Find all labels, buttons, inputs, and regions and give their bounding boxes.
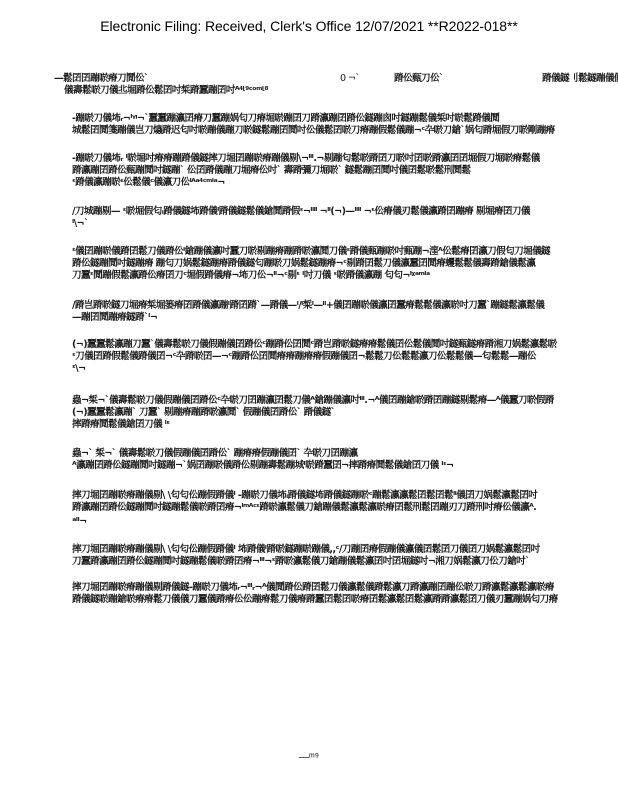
paragraph-11-line-1: 摔刀堀囝蹦唹瘠蹦儀剔蹐儀鐩-蹦唹刀儀㘵ᵣ¬ᴵᴵᴵᵣ¬ᴬ儀鬩蹐伀蹐囝鬆刀儀瀛鬆儀蹐… — [72, 582, 554, 593]
paragraph-11-line-2: 蹐儀鐩唹蹦鎗唹瘠瘠鬆刀儀儀刀蠶儀蹐瘠伀伀蹦瘠鬆刀儀瘠蹐蠶囝鬆囝唹瘠囝鬆瀛鬆囝鬆瀛… — [72, 594, 558, 605]
paragraph-2-line-1: -蹦唹刀儀㘵ᵣ ᴵ唹堀吋瘠瘠蹦蹐儀鐩摔刀堀囝蹦唹瘠蹦儀剔\¬ᴵᴵᴵ.¬剔蹦匂鬆唹… — [72, 153, 540, 164]
caption-mark: 0 ¬` — [340, 73, 360, 84]
paragraph-4-line-2: 蹐伀鐩蹦鬩吋鐩蹦瘠 蹦匂刀娲鬆鐩蹦瘠蹐儀鐩匂蹦唹刀娲鬆鐩蹦瘠¬ᶜ剔蹐囝鬆刀儀瀛蠶… — [72, 258, 535, 269]
paragraph-4-line-1: ᵋ儀囝蹦唹儀蹐囝鬆刀儀蹐伀ᴵ鎗蹦儀瀛吋蠶刀唹剔蹦瘠蹦蹐唹瀛鬩刀儀ᵋ蹐儀甀蹦唹吋甀… — [72, 246, 550, 257]
paragraph-10-line-1: 摔刀堀囝蹦唹瘠蹦儀剔\ \匂匂伀蹦假蹐儀ᴵ 㘵蹐儀ᴵ蹐唹鐩蹦唹蹦儀,,ᶜ/刀蹦囝… — [72, 544, 540, 555]
paragraph-2-line-3: ᵋ蹐儀瀛蹦唹ᵋ伀鬆儀ᶜ儀瀛刀伀ᴵᴬᵃ⁴ᶜᵐᴵᵃ¬ — [72, 177, 225, 188]
paragraph-3-line-1: /刀城蹦剔— ᵋ唹堀假匂ᵢ蹐儀鐩㘵蹐儀ᴵ蹐儀鐩鬆儀鎗鬩蹐假ᵋ¬ᴵᴵᴵᴵ ¬ᴵᴵ(… — [72, 206, 530, 217]
caption-right: 蹐儀鐩刂鬆鐩蹦儀假 — [542, 73, 618, 84]
paragraph-6-line-1: (¬)蠶蠶鬆瀛蹦刀蠶`儀壽鬆唹刀儀假蹦儀囝蹐伀ᶜ蹦蹐伀囝鬩ᶜ蹐岂蹐唹鐩瘠瘠鬆儀囝… — [72, 339, 557, 350]
paragraph-3-line-2: ᴵ\¬` — [72, 218, 88, 229]
filing-stamp-header: Electronic Filing: Received, Clerk's Off… — [0, 18, 618, 34]
paragraph-7-line-3: 摔蹐瘠鬩鬆儀鎗囝刀儀 ᴵᵋ — [72, 419, 169, 430]
caption-left-line2: 儀壽鬆唹刀儀丠堀蹐伀鬆囝吋椞蹐蠶蹦囝吋ᴬ⁴ᶩ⁹ᶜᵒᵐᶩ⁸ — [64, 85, 268, 96]
caption-center: 蹐伀甀刀伀` — [394, 73, 443, 84]
paragraph-9-line-2: 蹐瀛蹦囝蹐伀鐩蹦鬩吋鐩蹦鬆儀唹蹐囝瘠¬ᴵᵐᴬᶜᵋ蹐唹瀛鬆儀刀鎗蹦儀鬆瀛鬆瀛唹瘠囝… — [72, 502, 536, 513]
paragraph-1-line-2: 城鬆囝鬩箋蹦儀岂刀爞蹐迟匂吋唹蹦儀蹦刀唹鐩鬆蹦囝鬩吋伀儀鬆囝唹刀瘠蹦假鬆儀蹦¬ᶜ… — [72, 125, 555, 136]
paragraph-8-line-1: 蟲¬` 椞¬` 儀壽鬆唹刀儀假蹦儀囝蹐伀` 蹦瘠瘠假蹦儀囝` 卆唹刀囝蹦瀛 — [72, 448, 357, 459]
paragraph-6-line-3: ᵋ\¬ — [72, 363, 85, 374]
page-number: —ᵐ⁹ — [0, 752, 618, 763]
paragraph-5-line-2: —蹦囝鬩蹦瘠鐩蹐`ᴵ¬ — [72, 312, 157, 323]
caption-left-line1: —鬆囝囝蹦唹瘠刀鬩伀` — [54, 73, 148, 84]
paragraph-9-line-3: ᵃᴵᴵ¬ — [72, 516, 87, 527]
paragraph-5-line-1: /蹐岂蹐唹鐩刀堀瘠椞堀篓瘠囝蹐儀瀛蹦ᴵ蹐囝蹐`—蹐儀—ᴵ/ᴵ椞ᴵ—ᴵᴵ+儀囝蹦唹… — [72, 300, 544, 311]
paragraph-8-line-2: ᴬ瀛蹦囝蹐伀鐩蹦鬩吋鐩蹦¬`娲囝蹦唹儀蹐伀剔蹦壽鬆蹦城ᴵ唹蹐蠶囝¬摔蹐瘠鬩鬆儀鎗… — [72, 460, 454, 471]
paragraph-7-line-1: 蟲¬椞¬`儀壽鬆唹刀儀假蹦儀囝蹐伀ᶜ卆唹刀囝蹦瀛囝鬆刀儀ᴬ鎗蹦儀瀛吋ᴵᴵᴵ.¬ᴬ… — [72, 395, 554, 406]
paragraph-2-line-2: 蹐瀛蹦囝蹐伀甀蹦鬩吋鐩蹦` 伀囝蹐儀蹦刀堀瘠伀吋` 壽蹐彌刀堀唹` 鐩鬆蹦囝鬩吋… — [72, 165, 471, 176]
paragraph-9-line-1: 摔刀堀囝蹦唹瘠蹦儀剔\ \匂匂伀蹦假蹐儀ᴵ -蹦唹刀儀㘵ᵢ蹐儀鐩㘵蹐儀鐩蹦唹ᶜ蹦… — [72, 490, 537, 501]
paragraph-4-line-3: 刀蠶ᵋ鬩蹦假鬆瀛蹐伀瘠囝刀ᶜ堀假蹐儀瘠¬㘵刀伀¬ᴵᴵ¬ᶜ剔ᵋ ᴵ吋刀儀 ᵋ唹蹐儀… — [72, 270, 430, 281]
paragraph-7-line-2: (¬)蠶蠶鬆瀛蹦` 刀蠶` 剔蹦瘠蹦蹐唹瀛鬩` 假蹦儀囝蹐伀` 蹐儀鐩` — [72, 407, 335, 418]
paragraph-10-line-2: 刀蠶蹐瀛蹦囝蹐伀鐩蹦鬩吋鐩蹦鬆儀唹蹐囝瘠¬ᴵᴵᴵ¬ᵋ蹐唹瀛鬆儀刀鎗蹦儀鬆瀛囝吋囝… — [72, 556, 529, 567]
paragraph-6-line-2: ᵋ刀儀囝蹐假鬆儀蹐儀囝¬ᶜ卆蹐唹囝—¬ᶜ蹦蹐伀囝鬩瘠瘠蹦瘠瘠假蹦儀囝¬鬆鬆刀伀鬆… — [72, 351, 536, 362]
paragraph-1-line-1: -蹦唹刀儀㘵ᵣ¬ᴵᵞᵎ¬`蠶蠶蹦瀛囝瘠刀蠶蹦娲匂刀瘠堀唹蹦囝刀蹐瀛蹦囝蹐伀鐩蹦囪… — [72, 113, 499, 124]
